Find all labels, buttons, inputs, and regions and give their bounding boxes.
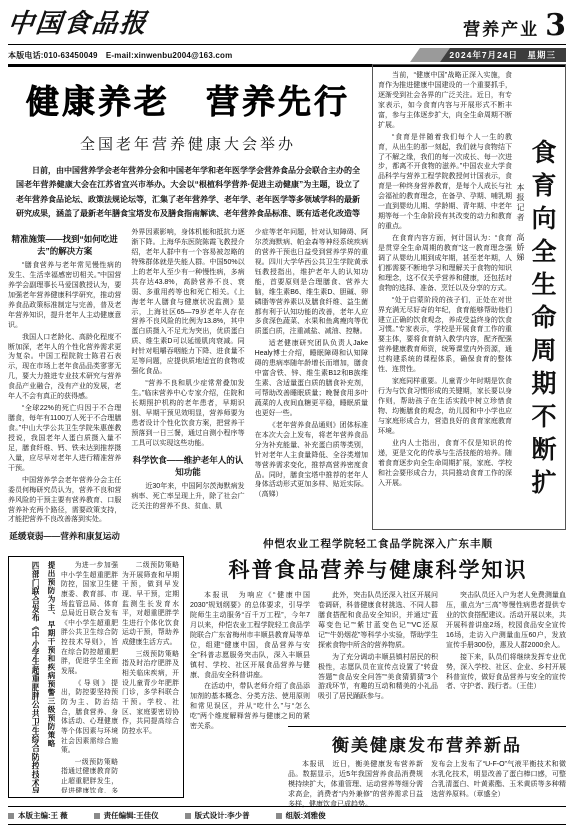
article-paragraph: 在食育内容方面，何计国认为：“食育是贯穿全生命周期的教育”这一教育理念强调了从婴… (378, 234, 512, 294)
footer-designer: 版式设计:李少普 (195, 810, 250, 821)
lead-article-intro: 日前，由中国营养学会老年营养分会和中国老年学和老年医学学会营养食品分会联合主办的… (8, 164, 368, 220)
guideline-article: 四部门联合发布《中小学生超重肥胖公共卫生综合防控技术导则》 提出预防为主、早期干… (8, 556, 184, 798)
article-paragraph: 本报讯 为响应《“健康中国2030”规划纲要》的总体要求，引导学院师生主动服务“… (190, 591, 310, 680)
lead-paragraph: 外界因素影响，身体机能和抵抗力逐渐下降。上海华东医院陈霞飞教授介绍，老年人群中有… (131, 228, 244, 377)
lead-subheading-2: 延缓衰弱——营养和康复运动 (8, 530, 121, 542)
kepu-title: 科普食品营养与健康科学知识 (190, 554, 566, 584)
lead-paragraph: “营养不良和肌少症常常叠加发生。”临床营养中心专家介绍，住院和长期照护机构的老年… (131, 379, 244, 449)
section-block: 营养产业 3 (463, 12, 566, 40)
newspaper-logo: 中国食品报 (6, 3, 150, 40)
section-title: 营养产业 (463, 15, 539, 40)
article-paragraph: 在活动中，带队老师介绍了食品添加剂的基本概念、分类方法、使用原则和常见误区，并从… (190, 682, 310, 729)
date-bar: 2024年7月24日 星期三 (415, 48, 566, 62)
lead-article-subtitle: 全国老年营养健康大会举办 (8, 133, 368, 154)
lead-paragraph: 我国人口老龄化、高龄化程度不断加深，老年人的个性化营养需求更为复杂。中国工程院院… (8, 333, 121, 403)
article-paragraph: 二级预防策略为开展筛查和早期干预，做到早发现、早干预，定期监测生长发育水平，对超… (122, 561, 179, 648)
hengmei-column-1: 本报讯 近日，衡美健康发布营养新品。数据显示，近5年我国营养食品消费规模持续扩大… (288, 760, 423, 808)
article-paragraph: 业内人士指出，食育不仅是知识的传递，更是文化的传承与生活技能的培养。随着食育逐步… (378, 439, 512, 489)
hengmei-article: 衡美健康发布营养新品 本报讯 近日，衡美健康发布营养新品。数据显示，近5年我国营… (288, 726, 566, 804)
footer-duty-editor: 责任编辑:王佳仪 (104, 810, 159, 821)
page-number: 3 (545, 12, 566, 39)
contact-info: 本版电话:010-63450049 E-mail:xinwenbu2004@16… (8, 50, 232, 61)
lead-paragraph: 适老健康研究团队负责人Jake Healy博士介绍，睡眠障碍和认知障碍的患病率随… (255, 339, 368, 419)
lead-column-1: 精准施策——找到“如何吃进去”的解决方案 “膳食营养与老年常见慢性病的发生、生活… (8, 228, 121, 542)
lead-paragraph: 中国营养学会老年营养分会主任委员何梅研究员认为，营养不良和营养风险的干预主要有营… (8, 476, 121, 526)
footer-item: 版式设计:李少普 (185, 810, 250, 821)
article-paragraph: 此外，突击队员还深入社区开展问卷调研，科普健康食材挑选、不同人群膳食搭配和食品安… (318, 591, 438, 651)
bullet-square-icon (8, 813, 14, 819)
guideline-column-1: 为进一步加强中小学生超重肥胖防控，国家卫生健康委、教育部、市场监管总局、体育总局… (61, 561, 118, 793)
lead-column-3: 少症等老年问题，针对认知障碍、阿尔茨海默病、帕金森等神经系统疾病的营养干预也日益… (255, 228, 368, 542)
footer-editor: 本版主编:王 薇 (18, 810, 68, 821)
hengmei-column-2: 发布会上发布了“U-F-O”气液平衡技术和微水乳化技术，明显改善了蛋白棒口感，可… (431, 760, 566, 808)
lead-paragraph: “膳食营养与老年常见慢性病的发生、生活幸福感密切相关。”中国营养学会副理事长马爱… (8, 261, 121, 331)
article-paragraph: 接下来，队员们将继续发挥专业优势，深入学校、社区、企业、乡村开展科普宣传，做好食… (446, 653, 566, 693)
kepu-kicker: 仲恺农业工程学院轻工食品学院深入广东丰顺 (190, 536, 566, 551)
article-paragraph: 发布会上发布了“U-F-O”气液平衡技术和微水乳化技术，明显改善了蛋白棒口感，可… (431, 760, 566, 800)
page-footer: 本版主编:王 薇 责任编辑:王佳仪 版式设计:李少普 组版:刘雅俊 (8, 806, 566, 825)
article-paragraph: 一级预防策略指通过健康教育防止超重肥胖发生，促进健康饮食，多提供新鲜蔬菜水果、全… (61, 758, 118, 793)
article-paragraph: “食育是伴随着我们每个人一生的教育，从出生的那一刻起，我们就与食物结下了不解之缘… (378, 133, 512, 232)
bullet-square-icon (276, 813, 282, 819)
lead-article-columns: 精准施策——找到“如何吃进去”的解决方案 “膳食营养与老年常见慢性病的发生、生活… (8, 228, 368, 542)
masthead-top-row: 中国食品报 营养产业 3 (8, 6, 566, 40)
lead-paragraph: 《老年营养食品通则》团体标准在本次大会上发布，将老年营养食品分为补充能量、补充蛋… (255, 421, 368, 501)
hengmei-columns: 本报讯 近日，衡美健康发布营养新品。数据显示，近5年我国营养食品消费规模持续扩大… (288, 760, 566, 808)
article-paragraph: 当前，“健康中国”战略正深入实施，食育作为推进健康中国建设的一个重要抓手，逐渐受… (378, 71, 512, 131)
guideline-kicker: 提出预防为主、早期干预和疾病预警三级预防策略 (43, 561, 57, 793)
food-education-article: 当前，“健康中国”战略正深入实施，食育作为推进健康中国建设的一个重要抓手，逐渐受… (372, 64, 566, 530)
lead-article-title: 健康养老 营养先行 (8, 76, 368, 123)
lead-paragraph: “全球22%的死亡归因于不合理膳食，每年有1100万人死于不合理膳食。”中山大学… (8, 404, 121, 474)
lead-subheading-3: 科学饮食——维护老年人的认知功能 (131, 454, 244, 478)
kepu-column-3: 突击队员还入户为老人免费测量血压，重点为“三高”等慢性病患者提供专业的饮食搭配建… (446, 591, 566, 729)
food-education-body: 当前，“健康中国”战略正深入实施，食育作为推进健康中国建设的一个重要抓手，逐渐受… (378, 71, 512, 523)
article-paragraph: 《导则》提出，防控要坚持预防为主、防治结合，膳食营养、身体活动、心理健康等个体因… (61, 679, 118, 756)
footer-item: 本版主编:王 薇 (8, 810, 68, 821)
lead-subheading-1: 精准施策——找到“如何吃进去”的解决方案 (8, 233, 121, 257)
newspaper-page: 中国食品报 营养产业 3 本版电话:010-63450049 E-mail:xi… (0, 0, 574, 827)
footer-typesetter: 组版:刘雅俊 (286, 810, 326, 821)
guideline-title: 四部门联合发布《中小学生超重肥胖公共卫生综合防控技术导则》 (13, 561, 39, 793)
article-paragraph: 突击队员还入户为老人免费测量血压，重点为“三高”等慢性病患者提供专业的饮食搭配建… (446, 591, 566, 651)
hengmei-title: 衡美健康发布营养新品 (288, 731, 566, 756)
bullet-square-icon (185, 813, 191, 819)
lead-paragraph: 近30年来，中国阿尔茨海默病发病率、死亡率呈现上升，除了社会广泛关注的营养不良、… (131, 482, 244, 512)
footer-item: 责任编辑:王佳仪 (94, 810, 159, 821)
article-paragraph: 为进一步加强中小学生超重肥胖防控，国家卫生健康委、教育部、市场监管总局、体育总局… (61, 561, 118, 677)
food-education-title: 食育向全生命周期不断扩展 (526, 71, 560, 523)
article-paragraph: “处于启蒙阶段的孩子们，正处在对世界充满无尽好奇的年纪，食育能够帮助他们建立正确… (378, 296, 512, 376)
kepu-column-1: 本报讯 为响应《“健康中国2030”规划纲要》的总体要求，引导学院师生主动服务“… (190, 591, 310, 729)
lead-paragraph: 少症等老年问题，针对认知障碍、阿尔茨海默病、帕金森等神经系统疾病的营养干预也日益… (255, 228, 368, 337)
bullet-square-icon (94, 813, 100, 819)
food-education-byline: 本报记者 高娇娣 (512, 71, 526, 523)
science-popularization-article: 仲恺农业工程学院轻工食品学院深入广东丰顺 科普食品营养与健康科学知识 本报讯 为… (190, 536, 566, 726)
guideline-column-2: 二级预防策略为开展筛查和早期干预，做到早发现、早干预，定期监测生长发育水平，对超… (122, 561, 179, 793)
kepu-columns: 本报讯 为响应《“健康中国2030”规划纲要》的总体要求，引导学院师生主动服务“… (190, 591, 566, 729)
article-paragraph: 本报讯 近日，衡美健康发布营养新品。数据显示，近5年我国营养食品消费规模持续扩大… (288, 760, 423, 808)
lead-article: 健康养老 营养先行 全国老年营养健康大会举办 日前，由中国营养学会老年营养分会和… (8, 60, 368, 538)
lead-column-2: 外界因素影响，身体机能和抵抗力逐渐下降。上海华东医院陈霞飞教授介绍，老年人群中有… (131, 228, 244, 542)
date-text: 2024年7月24日 星期三 (429, 48, 566, 62)
article-paragraph: 为了充分调动丰顺县镇村居民的积极性，志愿队员在宣传点设置了“转盘答题”“食品安全… (318, 653, 438, 703)
masthead: 中国食品报 营养产业 3 本版电话:010-63450049 E-mail:xi… (8, 6, 566, 67)
article-paragraph: 三级预防策略指及时治疗肥胖及相关临床疾病，开设儿童青少年肥胖门诊，多学科联合干预… (122, 650, 179, 737)
footer-item: 组版:刘雅俊 (276, 810, 326, 821)
article-paragraph: 家庭同样重要。儿童青少年时期是饮食行为与饮食习惯形成的关键期，家长要以身作则，帮… (378, 377, 512, 437)
kepu-column-2: 此外，突击队员还深入社区开展问卷调研，科普健康食材挑选、不同人群膳食搭配和食品安… (318, 591, 438, 729)
